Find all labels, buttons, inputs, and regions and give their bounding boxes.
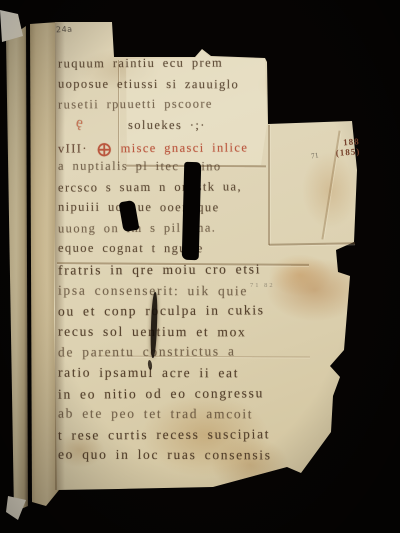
text-line: soluekes ·;·	[128, 119, 206, 132]
rubric-text: misce gnasci inlice	[113, 141, 248, 156]
text-line: uoposue etiussi si zauuiglo	[58, 77, 239, 90]
text-line: ercsco s suam n onastk ua,	[58, 180, 242, 194]
text-line: rusetii rpuuetti pscoore	[58, 98, 213, 111]
interlinear-pencil-mark: 71 82	[250, 282, 275, 289]
text-line: fratris in qre moiu cro etsi	[58, 262, 261, 277]
text-line: ruquum raintiu ecu prem	[58, 56, 223, 70]
manuscript-photo: ruquum raintiu ecu premuoposue etiussi s…	[0, 0, 400, 533]
text-line: eo quo in loc ruas consensis	[58, 448, 272, 462]
pencil-mark: 71	[310, 151, 319, 161]
parchment-hole-large	[182, 162, 202, 260]
corner-note: 24a	[56, 25, 73, 35]
text-line: in eo nitio od eo congressu	[58, 386, 264, 401]
chapter-numeral: vIII·	[58, 142, 96, 156]
text-line: ou et conp roculpa in cukis	[58, 304, 265, 319]
text-line: t rese curtis recess suscipiat	[58, 427, 270, 442]
rubric-line: vIII· ⊕ misce gnasci inlice	[58, 139, 248, 161]
text-layer: ruquum raintiu ecu premuoposue etiussi s…	[0, 0, 400, 533]
text-line: de parentu constrictus a	[58, 345, 236, 360]
text-line: ab ete peo tet trad amcoit	[58, 407, 253, 421]
